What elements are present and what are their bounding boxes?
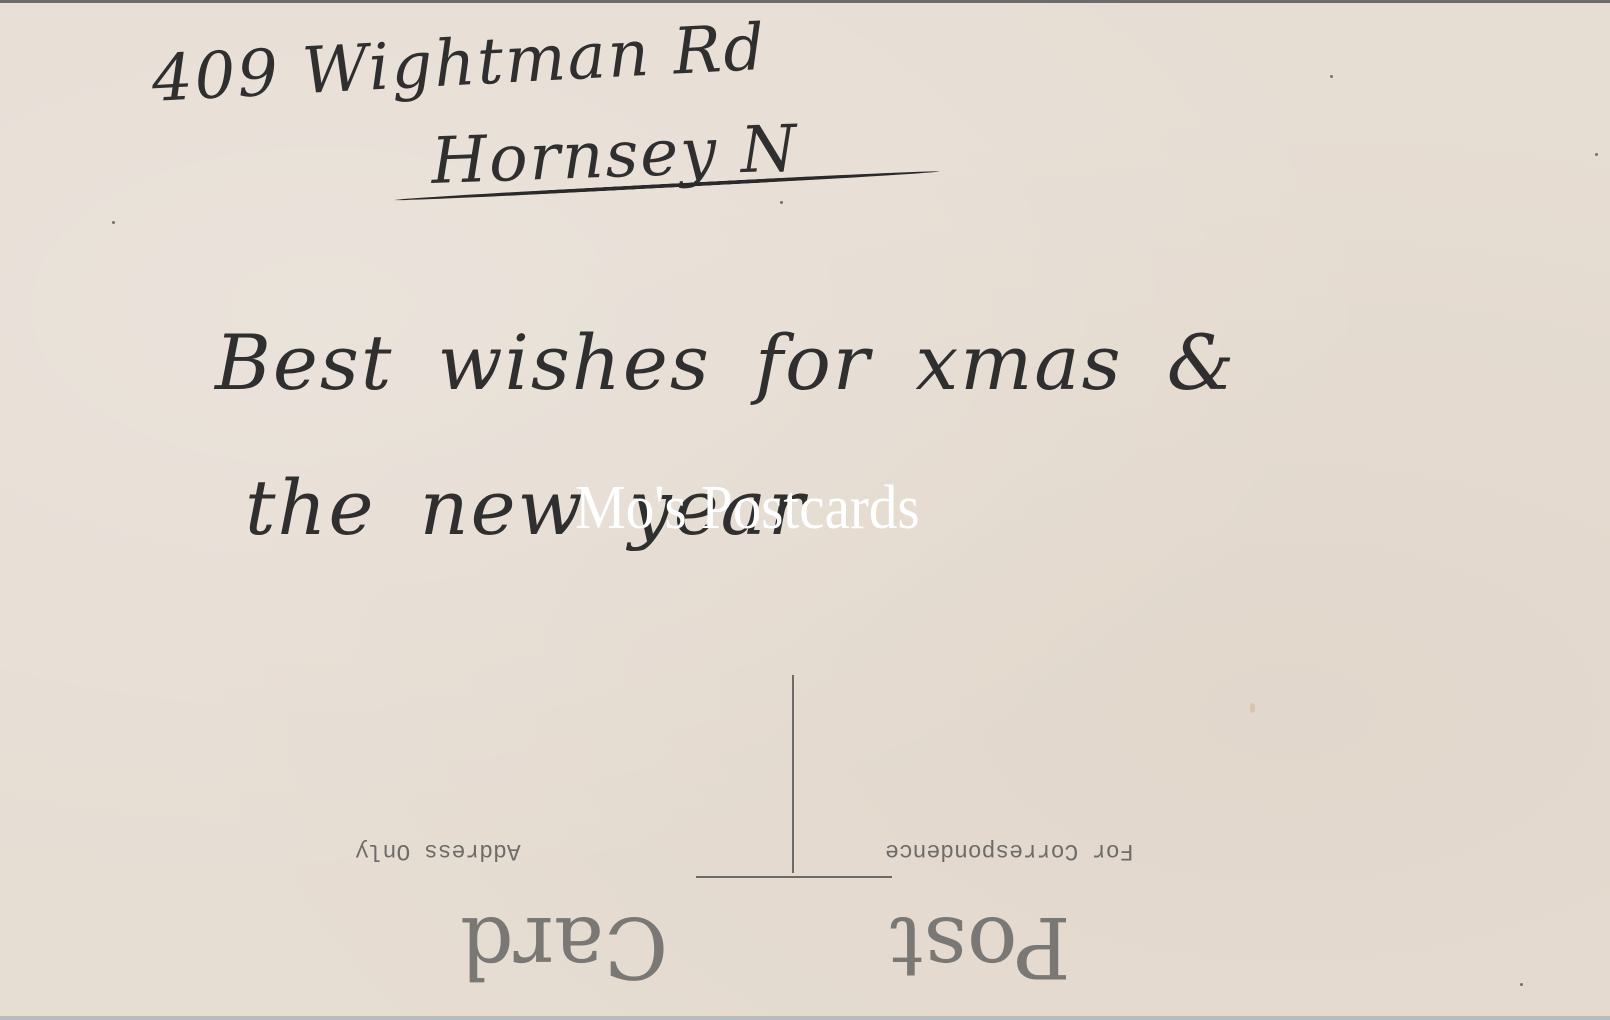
paper-speck [112,221,115,224]
paper-stain [1250,703,1255,713]
paper-speck [780,201,783,204]
correspondence-label: For Correspondence [885,838,1133,864]
address-line-1: 409 Wightman Rd [150,11,768,117]
address-only-label: Address Only [355,838,521,864]
postcard-back: 409 Wightman Rd Hornsey N Best wishes fo… [0,0,1610,1016]
post-title-word: Post [890,898,1071,996]
message-line-1: Best wishes for xmas & [215,318,1236,407]
horizontal-divider [696,876,892,878]
card-title-word: Card [460,898,668,996]
paper-speck [1595,153,1598,156]
watermark: Mo's Postcards [575,473,920,544]
paper-speck [1330,75,1333,78]
vertical-divider [792,675,794,873]
paper-speck [1520,983,1523,986]
